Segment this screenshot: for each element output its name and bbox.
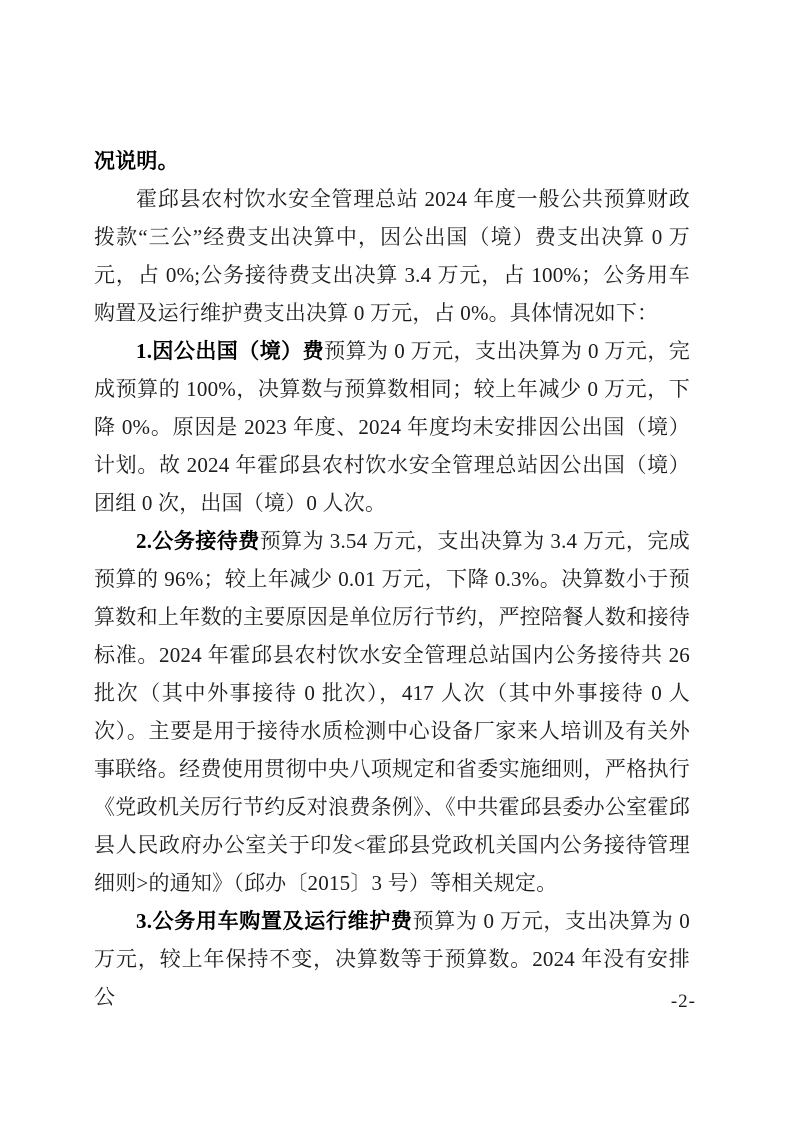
paragraph-item-2-reception-expense: 2.公务接待费预算为 3.54 万元，支出决算为 3.4 万元，完成预算的 96… (94, 522, 690, 902)
heading-continuation-line: 况说明。 (94, 142, 690, 180)
paragraph-overview-text: 霍邱县农村饮水安全管理总站 2024 年度一般公共预算财政拨款“三公”经费支出决… (94, 187, 690, 325)
page-number: -2- (671, 991, 696, 1013)
item-2-bold-lead: 2.公务接待费 (136, 529, 260, 553)
item-2-body-text: 预算为 3.54 万元，支出决算为 3.4 万元，完成预算的 96%；较上年减少… (94, 529, 690, 895)
item-3-bold-lead: 3.公务用车购置及运行维护费 (136, 909, 413, 933)
document-page: 况说明。 霍邱县农村饮水安全管理总站 2024 年度一般公共预算财政拨款“三公”… (0, 0, 793, 1122)
paragraph-overview: 霍邱县农村饮水安全管理总站 2024 年度一般公共预算财政拨款“三公”经费支出决… (94, 180, 690, 332)
heading-continuation-text: 况说明。 (94, 149, 179, 173)
item-1-body-text: 预算为 0 万元，支出决算为 0 万元，完成预算的 100%，决算数与预算数相同… (94, 339, 690, 515)
paragraph-item-3-vehicle-expense: 3.公务用车购置及运行维护费预算为 0 万元，支出决算为 0 万元，较上年保持不… (94, 902, 690, 1016)
paragraph-item-1-abroad-expense: 1.因公出国（境）费预算为 0 万元，支出决算为 0 万元，完成预算的 100%… (94, 332, 690, 522)
item-1-bold-lead: 1.因公出国（境）费 (136, 339, 324, 363)
document-body: 况说明。 霍邱县农村饮水安全管理总站 2024 年度一般公共预算财政拨款“三公”… (94, 142, 690, 1016)
